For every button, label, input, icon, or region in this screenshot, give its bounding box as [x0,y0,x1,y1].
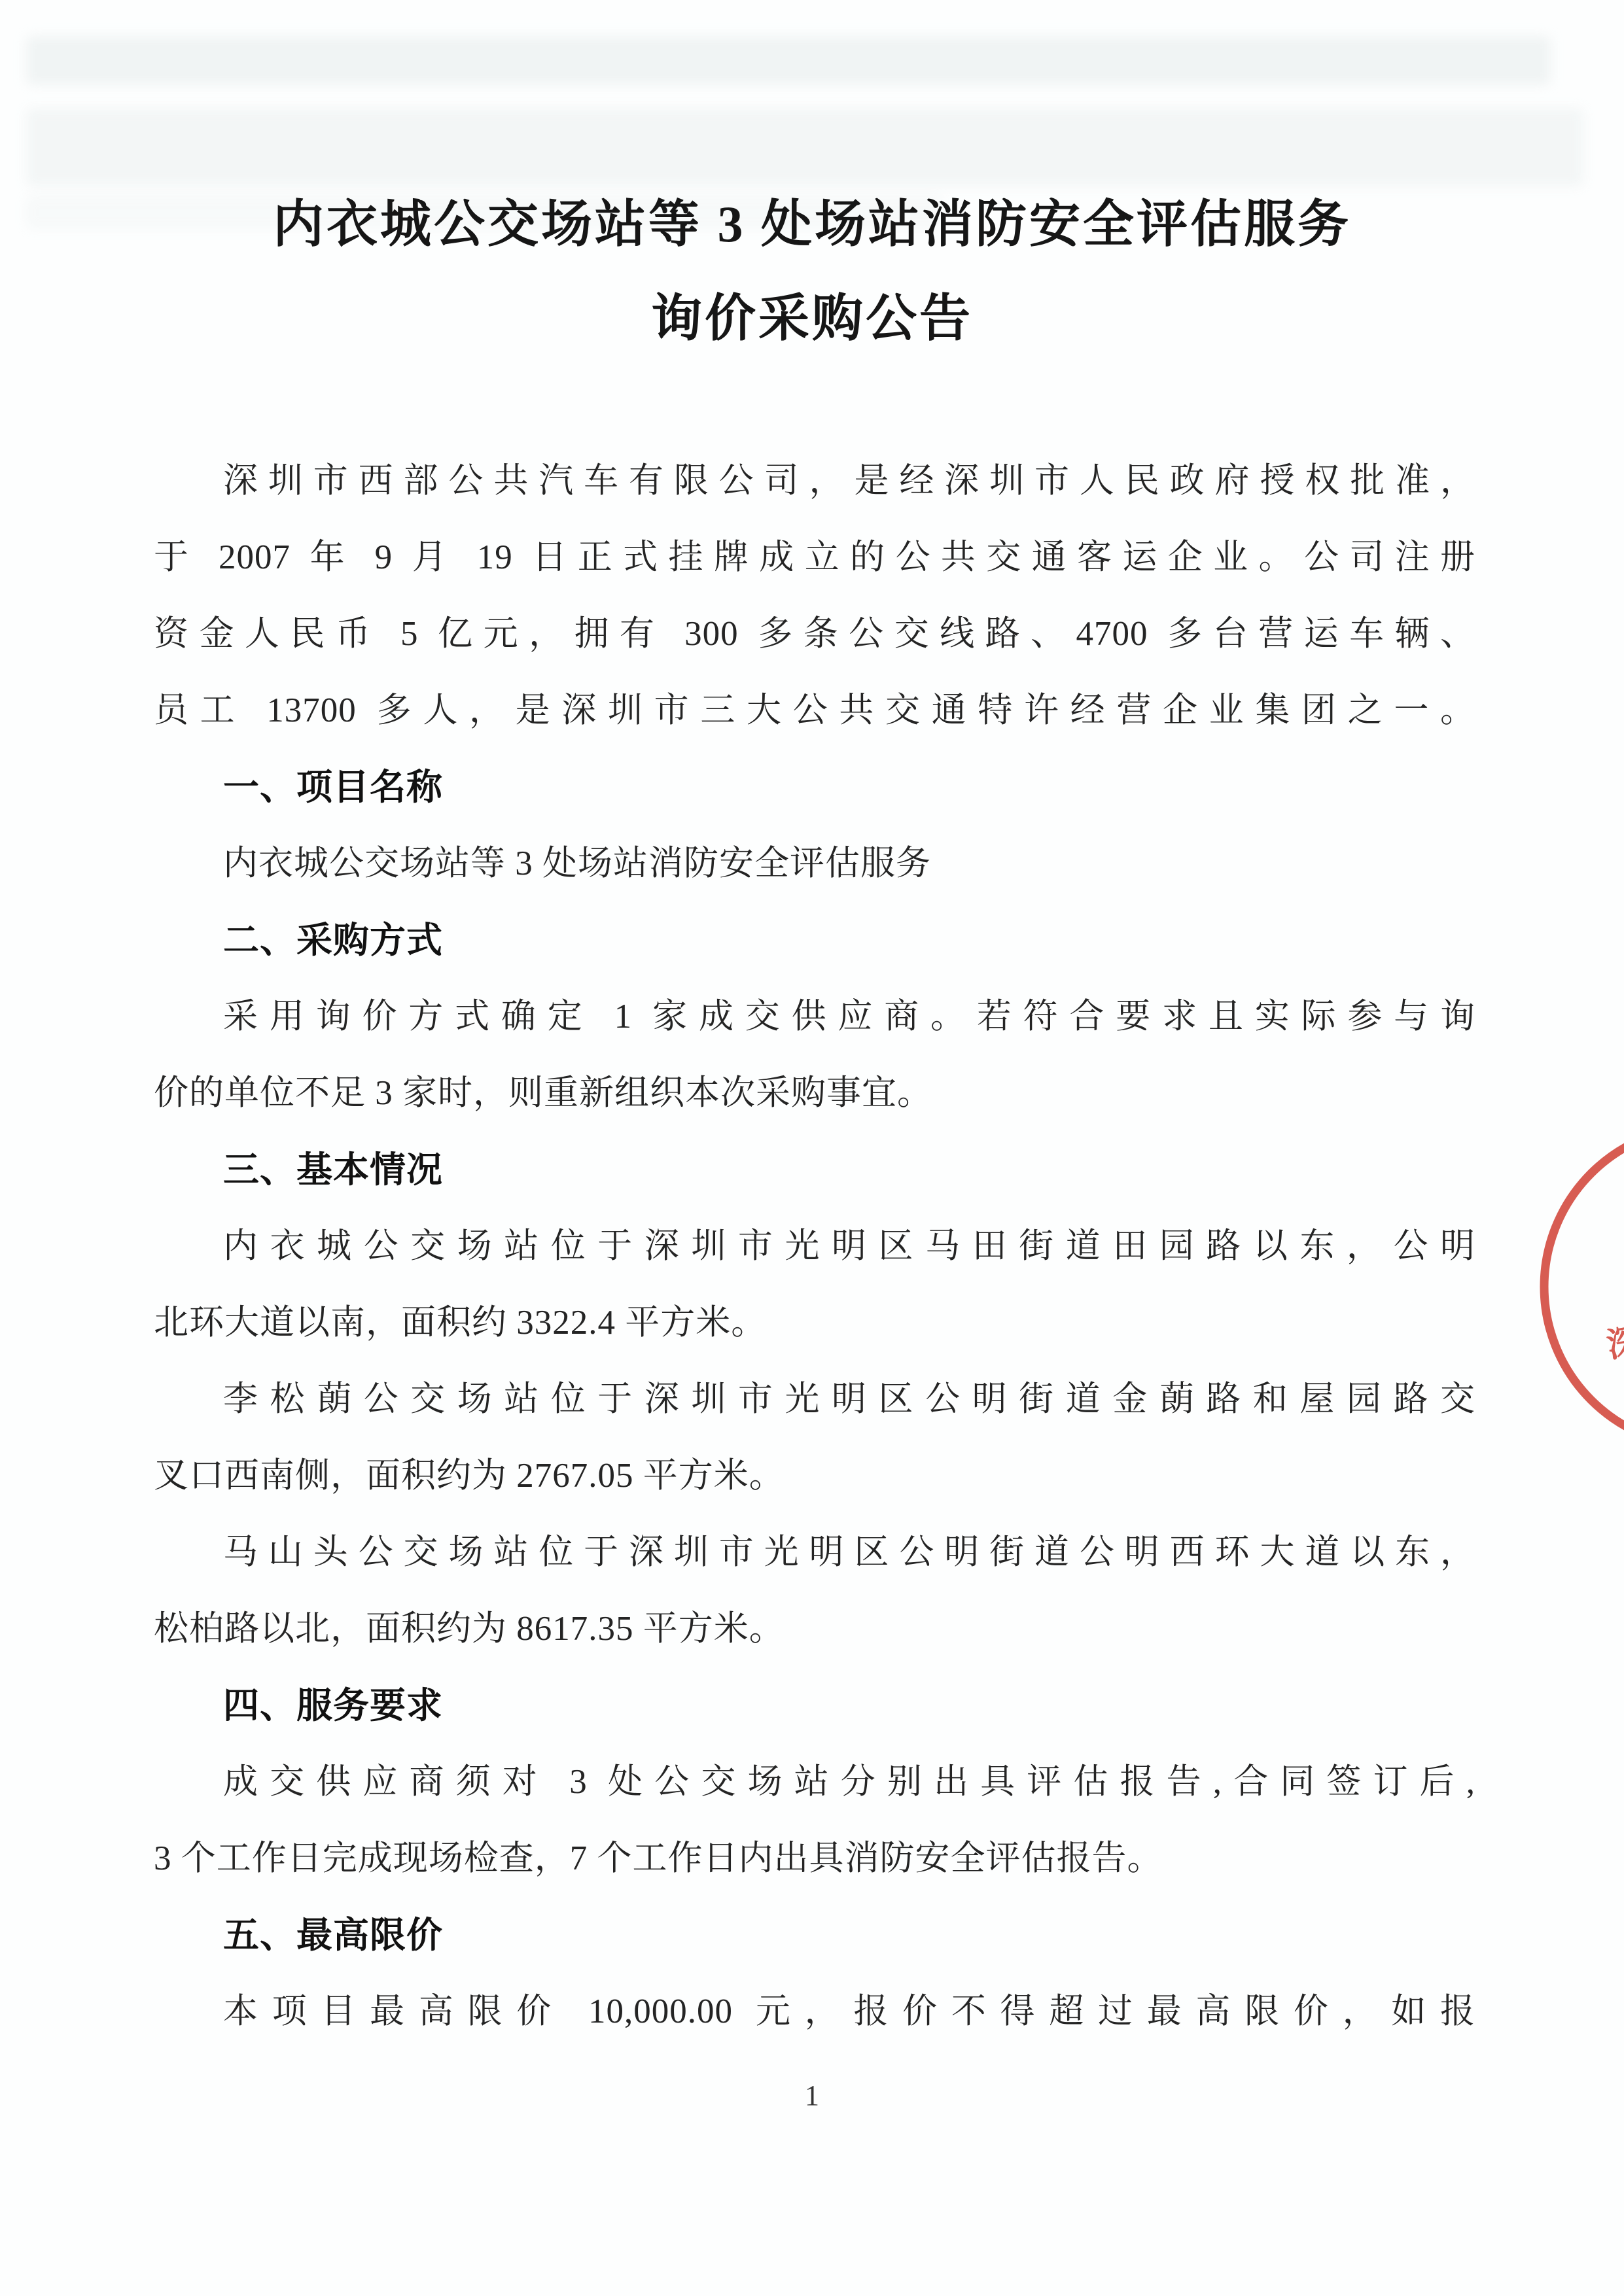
body-line: 松柏路以北，面积约为 8617.35 平方米。 [154,1591,1475,1667]
body-line: 马山头公交场站位于深圳市光明区公明街道公明西环大道以东， [154,1514,1475,1591]
seal-ring [1544,1126,1624,1433]
company-seal: 深圳市西部公共汽车有限公司 [1539,1125,1624,1433]
document-title-line2: 询价采购公告 [0,283,1624,355]
body-line: 资金人民币 5 亿元，拥有 300 多条公交线路、4700 多台营运车辆、 [154,596,1475,672]
body-line: 3 个工作日完成现场检查，7 个工作日内出具消防安全评估报告。 [154,1820,1475,1897]
document-body: 深圳市西部公共汽车有限公司，是经深圳市人民政府授权批准， 于 2007 年 9 … [154,443,1475,2050]
body-line: 叉口西南侧，面积约为 2767.05 平方米。 [154,1438,1475,1514]
body-line: 价的单位不足 3 家时，则重新组织本次采购事宜。 [154,1055,1475,1132]
body-line: 员工 13700 多人，是深圳市三大公共交通特许经营企业集团之一。 [154,672,1475,749]
section-heading-service-requirements: 四、服务要求 [154,1667,1475,1744]
scanned-document-page: 内衣城公交场站等 3 处场站消防安全评估服务 询价采购公告 深圳市西部公共汽车有… [0,0,1624,2296]
section-heading-max-price: 五、最高限价 [154,1897,1475,1974]
seal-text: 深圳市西部公共汽车有限公司 [1604,1153,1624,1365]
page-number: 1 [0,2079,1624,2112]
bleed-through-artifact [26,108,1583,186]
body-line: 本项目最高限价 10,000.00 元，报价不得超过最高限价，如报 [154,1974,1475,2050]
body-line: 北环大道以南，面积约 3322.4 平方米。 [154,1285,1475,1361]
body-line: 深圳市西部公共汽车有限公司，是经深圳市人民政府授权批准， [154,443,1475,519]
document-title-line1: 内衣城公交场站等 3 处场站消防安全评估服务 [0,188,1624,260]
body-line: 于 2007 年 9 月 19 日正式挂牌成立的公共交通客运企业。公司注册 [154,519,1475,596]
bleed-through-artifact [26,36,1551,85]
body-line: 内衣城公交场站等 3 处场站消防安全评估服务 [154,826,1475,902]
body-line: 李松蓢公交场站位于深圳市光明区公明街道金蓢路和屋园路交 [154,1361,1475,1438]
body-line: 成交供应商须对 3 处公交场站分别出具评估报告,合同签订后, [154,1744,1475,1820]
section-heading-basic-info: 三、基本情况 [154,1132,1475,1208]
body-line: 采用询价方式确定 1 家成交供应商。若符合要求且实际参与询 [154,979,1475,1055]
section-heading-procurement-method: 二、采购方式 [154,902,1475,979]
section-heading-project-name: 一、项目名称 [154,749,1475,826]
body-line: 内衣城公交场站位于深圳市光明区马田街道田园路以东，公明 [154,1208,1475,1285]
